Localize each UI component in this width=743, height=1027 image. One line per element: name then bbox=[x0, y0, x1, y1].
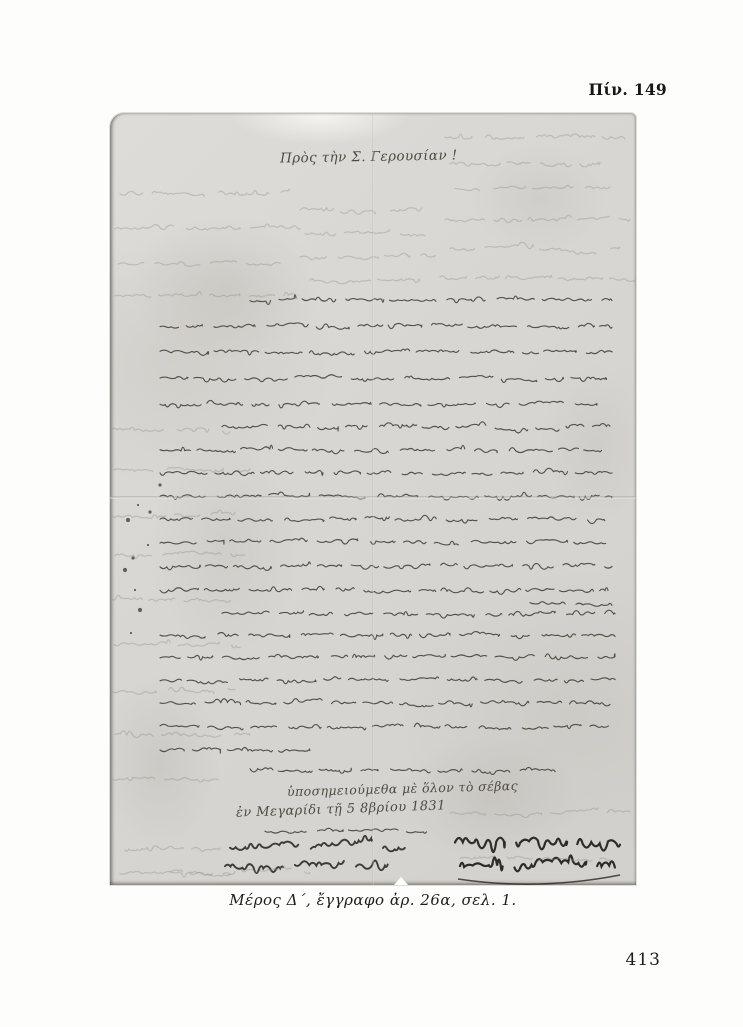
ink-speck bbox=[147, 544, 149, 546]
handwriting-line bbox=[160, 632, 615, 640]
bleedthrough-line bbox=[300, 208, 422, 214]
handwriting-line bbox=[265, 828, 426, 833]
bleedthrough-line bbox=[112, 427, 230, 434]
bleedthrough-line bbox=[450, 162, 600, 167]
handwriting-line bbox=[160, 562, 612, 570]
ink-speck bbox=[138, 608, 142, 612]
handwriting-line bbox=[160, 723, 608, 730]
bleedthrough-line bbox=[120, 189, 290, 196]
handwriting-line bbox=[530, 602, 612, 607]
paper-edge-notch bbox=[393, 877, 409, 885]
page-number: 413 bbox=[626, 950, 661, 970]
bleedthrough-line bbox=[113, 777, 218, 782]
bleedthrough-line bbox=[310, 279, 420, 284]
bleedthrough-line bbox=[115, 731, 250, 738]
bleedthrough-line bbox=[114, 640, 240, 648]
bleedthrough-line bbox=[305, 230, 425, 236]
ink-speck bbox=[137, 504, 139, 506]
bleedthrough-line bbox=[112, 687, 235, 694]
signature-scrawl bbox=[225, 860, 388, 873]
ink-speck bbox=[123, 568, 127, 572]
handwriting-svg bbox=[110, 113, 636, 885]
bleedthrough-line bbox=[450, 808, 630, 817]
handwriting-line bbox=[250, 767, 555, 774]
handwriting-line bbox=[160, 747, 310, 753]
ink-speck bbox=[158, 483, 161, 486]
bleedthrough-line bbox=[112, 595, 230, 602]
bleedthrough-line bbox=[125, 846, 220, 852]
handwriting-line bbox=[160, 400, 597, 408]
plate-label: Πίν. 149 bbox=[589, 80, 667, 99]
bleedthrough-line bbox=[115, 224, 300, 230]
bleedthrough-line bbox=[112, 510, 235, 518]
ink-speck bbox=[134, 589, 136, 591]
signature-scrawl bbox=[230, 836, 405, 852]
bleedthrough-line bbox=[300, 253, 435, 259]
handwriting-line bbox=[222, 610, 615, 618]
handwriting-line bbox=[160, 586, 608, 594]
bleedthrough-line bbox=[440, 275, 635, 281]
handwriting-line bbox=[160, 699, 610, 707]
handwriting-line bbox=[160, 468, 612, 475]
bleedthrough-line bbox=[115, 292, 295, 298]
manuscript-heading: Πρὸς τὴν Σ. Γερουσίαν ! bbox=[280, 147, 458, 166]
handwriting-line bbox=[160, 349, 612, 355]
bleedthrough-line bbox=[450, 242, 620, 254]
book-page: Πίν. 149 Πρὸς τὴν Σ. Γερουσίαν ! ὑποσημε… bbox=[0, 0, 743, 1027]
ink-speck bbox=[126, 518, 130, 522]
figure-caption: Μέρος Δ΄, ἔγγραφο ἀρ. 26α, σελ. 1. bbox=[110, 891, 636, 909]
ink-speck bbox=[148, 510, 151, 513]
handwriting-line bbox=[160, 538, 606, 545]
bleedthrough-line bbox=[115, 551, 245, 558]
handwriting-line bbox=[160, 654, 615, 661]
ink-speck bbox=[130, 632, 132, 634]
handwriting-line bbox=[250, 295, 612, 305]
bleedthrough-line bbox=[114, 467, 250, 472]
handwriting-line bbox=[160, 492, 612, 500]
ink-speck bbox=[131, 556, 134, 559]
bleedthrough-line bbox=[445, 215, 630, 222]
handwriting-line bbox=[160, 375, 607, 383]
bleedthrough-line bbox=[445, 134, 625, 139]
bleedthrough-line bbox=[460, 856, 610, 861]
handwriting-line bbox=[160, 445, 602, 454]
signature-scrawl bbox=[455, 838, 620, 852]
signature-flourish bbox=[458, 875, 620, 884]
bleedthrough-line bbox=[118, 261, 280, 267]
handwriting-line bbox=[160, 323, 612, 329]
handwriting-line bbox=[160, 677, 615, 684]
handwriting-line bbox=[222, 422, 610, 433]
manuscript-photo: Πρὸς τὴν Σ. Γερουσίαν ! ὑποσημειούμεθα μ… bbox=[110, 113, 636, 885]
handwriting-line bbox=[160, 515, 605, 523]
bleedthrough-line bbox=[455, 185, 610, 190]
